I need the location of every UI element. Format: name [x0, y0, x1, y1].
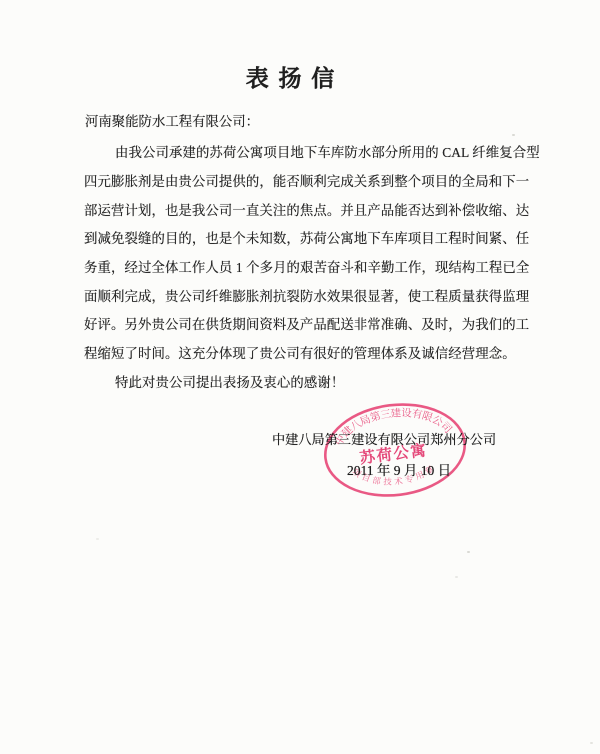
scanned-letter-page: 表 扬 信 河南聚能防水工程有限公司： 由我公司承建的苏荷公寓项目地下车库防水部…	[0, 0, 600, 754]
body-line: 四元膨胀剂是由贵公司提供的，能否顺利完成关系到整个项目的全局和下一	[84, 171, 529, 190]
signature-company: 中建八局第三建设有限公司郑州分公司	[272, 429, 496, 448]
body-line: 好评。另外贵公司在供货期间资料及产品配送非常准确、及时，为我们的工	[84, 314, 529, 333]
body-line: 部运营计划，也是我公司一直关注的焦点。并且产品能否达到补偿收缩、达	[84, 200, 529, 219]
scan-speck	[512, 134, 515, 136]
scan-speck	[96, 538, 99, 540]
letter-date: 2011 年 9 月 10 日	[347, 459, 451, 479]
body-line: 由我公司承建的苏荷公寓项目地下车库防水部分所用的 CAL 纤维复合型	[84, 142, 540, 161]
scan-speck	[590, 742, 593, 744]
scan-speck	[455, 576, 458, 578]
body-line: 到减免裂缝的目的，也是个未知数，苏荷公寓地下车库项目工程时间紧、任	[84, 228, 529, 247]
body-line: 程缩短了时间。这充分体现了贵公司有很好的管理体系及诚信经营理念。	[84, 343, 516, 362]
body-line: 务重，经过全体工作人员 1 个多月的艰苦奋斗和辛勤工作，现结构工程已全	[84, 257, 529, 276]
letter-salutation: 河南聚能防水工程有限公司：	[85, 111, 259, 130]
body-line: 面顺利完成，贵公司纤维膨胀剂抗裂防水效果很显著，使工程质量获得监理	[84, 286, 529, 305]
seal-group: 中建八局第三建设有限公司 苏荷公寓 项目部技术专用章	[320, 397, 470, 503]
letter-title: 表 扬 信	[0, 60, 591, 93]
company-seal-stamp: 中建八局第三建设有限公司 苏荷公寓 项目部技术专用章	[315, 396, 477, 506]
scan-speck	[467, 551, 470, 553]
closing-line: 特此对贵公司提出表扬及衷心的感谢！	[84, 372, 344, 391]
